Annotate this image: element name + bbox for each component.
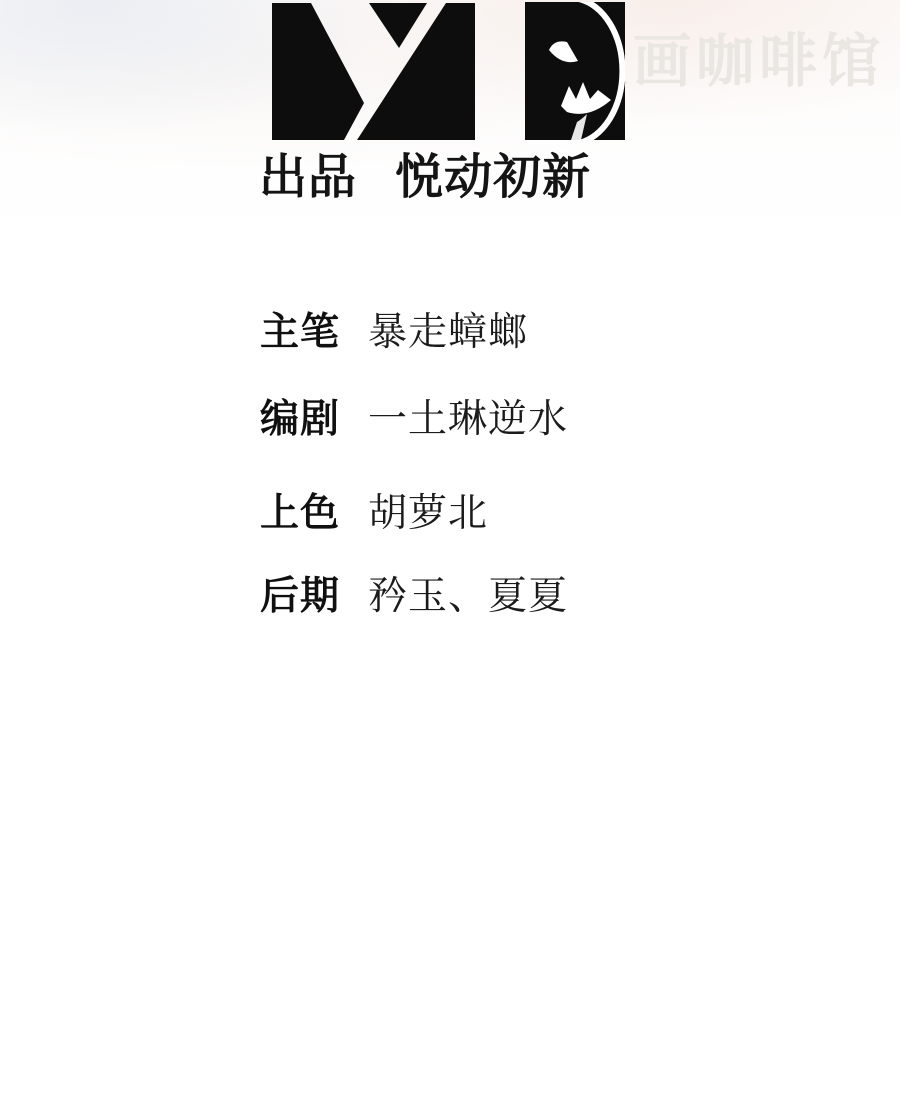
credit-person-name: 胡萝北 [368,491,488,537]
credit-person-name: 暴走蟑螂 [368,310,528,356]
credit-role-label: 后期 [260,574,368,620]
producer-label: 出品 [259,149,357,205]
credit-person-name: 矜玉、夏夏 [368,574,568,620]
d-mark-svg [525,2,625,140]
y-mark-svg [272,3,475,140]
studio-logo-y-mark-icon [272,3,475,144]
credit-role-label: 上色 [260,491,368,537]
credit-row-artist: 主笔 暴走蟑螂 [260,310,528,356]
credit-row-writer: 编剧 一土琳逆水 [260,397,568,443]
credit-row-post-production: 后期 矜玉、夏夏 [260,574,568,620]
credits-page: 漫画咖啡馆 出品悦动初新 主笔 暴走蟑螂 编剧 [0,0,900,1110]
credit-row-colorist: 上色 胡萝北 [260,491,488,537]
studio-logo-d-monster-mark-icon [525,2,625,144]
credit-person-name: 一土琳逆水 [368,397,568,443]
credit-role-label: 主笔 [260,310,368,356]
credit-role-label: 编剧 [260,397,368,443]
producer-name: 悦动初新 [395,149,591,205]
producer-line: 出品悦动初新 [259,148,591,206]
